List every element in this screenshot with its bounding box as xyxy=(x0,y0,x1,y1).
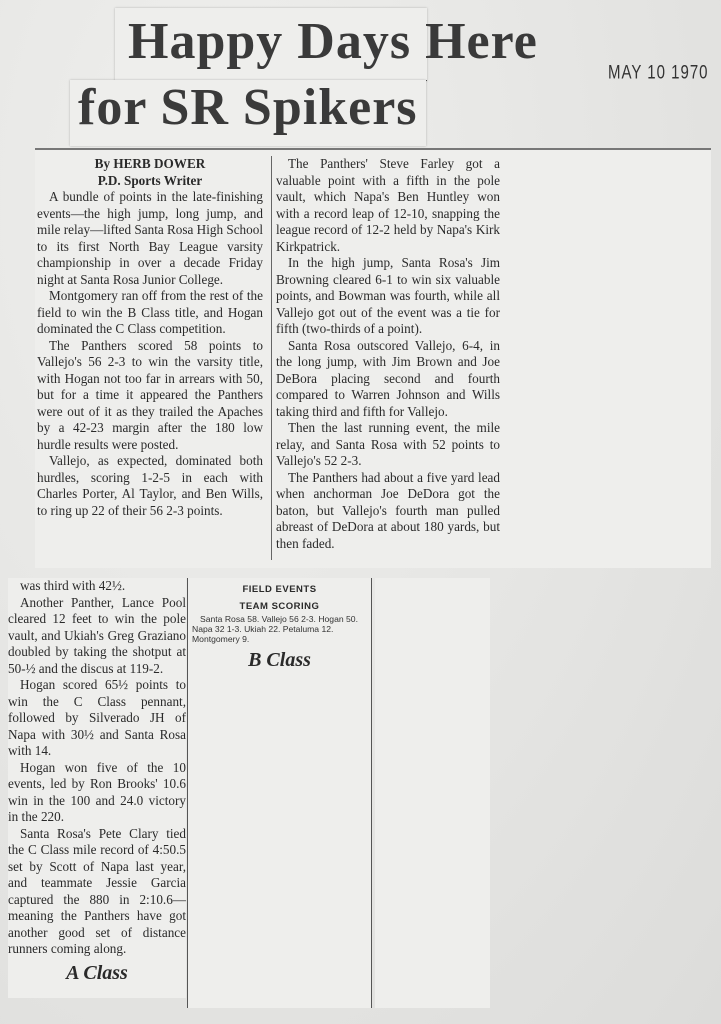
a-team-scoring: Santa Rosa 58. Vallejo 56 2-3. Hogan 50.… xyxy=(192,614,367,645)
headline-line-1: Happy Days Here xyxy=(128,12,538,71)
paragraph: Then the last running event, the mile re… xyxy=(276,420,500,470)
paragraph: Santa Rosa outscored Vallejo, 6-4, in th… xyxy=(276,338,500,421)
article-bottom-column-1: was third with 42½. Another Panther, Lan… xyxy=(8,578,186,998)
paragraph: Hogan won five of the 10 events, led by … xyxy=(8,760,186,826)
a-field-heading: FIELD EVENTS xyxy=(192,584,367,595)
paragraph: Santa Rosa's Pete Clary tied the C Class… xyxy=(8,826,186,958)
paragraph: Hogan scored 65½ points to win the C Cla… xyxy=(8,677,186,760)
results-column-2: FIELD EVENTS TEAM SCORING Santa Rosa 58.… xyxy=(187,578,372,1008)
paragraph: Vallejo, as expected, dominated both hur… xyxy=(37,453,263,519)
article-top-block: By HERB DOWER P.D. Sports Writer A bundl… xyxy=(35,148,711,568)
a-class-heading: A Class xyxy=(8,962,186,985)
b-class-heading: B Class xyxy=(192,649,367,672)
byline-author: By HERB DOWER xyxy=(37,156,263,173)
a-team-heading: TEAM SCORING xyxy=(192,601,367,612)
paragraph: In the high jump, Santa Rosa's Jim Brown… xyxy=(276,255,500,338)
date-stamp: MAY 10 1970 xyxy=(608,61,709,83)
results-column-3 xyxy=(375,578,490,1008)
byline-title: P.D. Sports Writer xyxy=(37,173,263,190)
paragraph: The Panthers scored 58 points to Vallejo… xyxy=(37,338,263,454)
paragraph: The Panthers had about a five yard lead … xyxy=(276,470,500,553)
paragraph: A bundle of points in the late-finishing… xyxy=(37,189,263,288)
headline-line-2: for SR Spikers xyxy=(78,78,418,137)
article-column-2: The Panthers' Steve Farley got a valuabl… xyxy=(271,156,500,560)
paragraph: was third with 42½. xyxy=(8,578,186,595)
paragraph: Another Panther, Lance Pool cleared 12 f… xyxy=(8,595,186,678)
paragraph: The Panthers' Steve Farley got a valuabl… xyxy=(276,156,500,255)
paragraph: Montgomery ran off from the rest of the … xyxy=(37,288,263,338)
article-column-1: By HERB DOWER P.D. Sports Writer A bundl… xyxy=(37,156,263,519)
